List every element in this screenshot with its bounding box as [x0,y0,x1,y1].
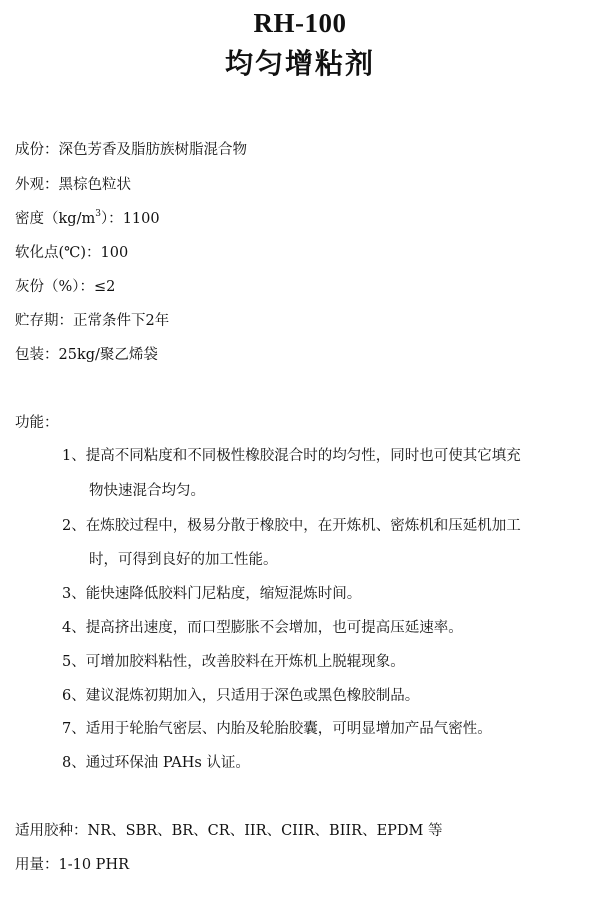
item-number: 6、 [62,688,86,704]
rubber-types-label: 适用胶种： [15,823,88,839]
item-text: 在炼胶过程中，极易分散于橡胶中，在开炼机、密炼机和压延机加工 [86,518,521,534]
property-value: ≤2 [94,279,115,295]
function-item-8: 8、通过环保油 PAHs 认证。 [62,753,250,773]
item-number: 4、 [62,620,86,636]
property-shelf-life: 贮存期：正常条件下2年 [15,311,169,331]
property-label: 贮存期： [15,313,73,329]
property-density: 密度（kg/m3）：1100 [15,209,160,229]
item-text: 提高挤出速度，而口型膨胀不会增加，也可提高压延速率。 [86,620,463,636]
function-item-3: 3、能快速降低胶料门尼粘度，缩短混炼时间。 [62,584,361,604]
property-label: 包装： [15,347,59,363]
property-value: 1100 [123,211,160,227]
item-number: 2、 [62,518,86,534]
property-value: 100 [101,245,129,261]
function-item-5: 5、可增加胶料粘性，改善胶料在开炼机上脱辊现象。 [62,652,405,672]
dosage: 用量：1-10 PHR [15,855,129,875]
function-item-2-continued: 时，可得到良好的加工性能。 [89,550,278,570]
functions-heading: 功能： [15,413,59,433]
property-label: 软化点(℃)： [15,245,101,261]
property-label: 灰份（%）： [15,279,94,295]
function-item-2: 2、在炼胶过程中，极易分散于橡胶中，在开炼机、密炼机和压延机加工 [62,516,521,536]
item-number: 5、 [62,654,86,670]
item-number: 1、 [62,448,86,464]
property-label-end: ）： [101,211,123,227]
property-value: 深色芳香及脂肪族树脂混合物 [59,142,248,158]
function-item-1: 1、提高不同粘度和不同极性橡胶混合时的均匀性，同时也可使其它填充 [62,446,521,466]
item-number: 8、 [62,755,86,771]
dosage-value: 1-10 PHR [59,857,130,873]
property-appearance: 外观：黑棕色粒状 [15,175,131,195]
property-value: 25kg/聚乙烯袋 [59,347,158,363]
property-packaging: 包装：25kg/聚乙烯袋 [15,345,158,365]
property-composition: 成份：深色芳香及脂肪族树脂混合物 [15,140,247,160]
dosage-label: 用量： [15,857,59,873]
property-label: 密度（kg/m [15,211,95,227]
function-item-7: 7、适用于轮胎气密层、内胎及轮胎胶囊，可明显增加产品气密性。 [62,719,492,739]
property-softening-point: 软化点(℃)：100 [15,243,128,263]
item-text: 建议混炼初期加入，只适用于深色或黑色橡胶制品。 [86,688,420,704]
item-text: 能快速降低胶料门尼粘度，缩短混炼时间。 [86,586,362,602]
property-label: 成份： [15,142,59,158]
item-text: 适用于轮胎气密层、内胎及轮胎胶囊，可明显增加产品气密性。 [86,721,492,737]
product-model-title: RH-100 [0,6,600,40]
item-text: 可增加胶料粘性，改善胶料在开炼机上脱辊现象。 [86,654,405,670]
function-item-6: 6、建议混炼初期加入，只适用于深色或黑色橡胶制品。 [62,686,419,706]
item-number: 3、 [62,586,86,602]
property-value: 正常条件下2年 [73,313,169,329]
function-item-1-continued: 物快速混合均匀。 [89,481,205,501]
rubber-types-value: NR、SBR、BR、CR、IIR、CIIR、BIIR、EPDM 等 [88,823,443,839]
item-number: 7、 [62,721,86,737]
product-name-title: 均匀增粘剂 [0,45,600,83]
item-text: 提高不同粘度和不同极性橡胶混合时的均匀性，同时也可使其它填充 [86,448,521,464]
property-ash: 灰份（%）：≤2 [15,277,115,297]
function-item-4: 4、提高挤出速度，而口型膨胀不会增加，也可提高压延速率。 [62,618,463,638]
applicable-rubber-types: 适用胶种：NR、SBR、BR、CR、IIR、CIIR、BIIR、EPDM 等 [15,821,443,841]
item-text: 通过环保油 PAHs 认证。 [86,755,250,771]
property-value: 黑棕色粒状 [59,177,132,193]
property-label: 外观： [15,177,59,193]
